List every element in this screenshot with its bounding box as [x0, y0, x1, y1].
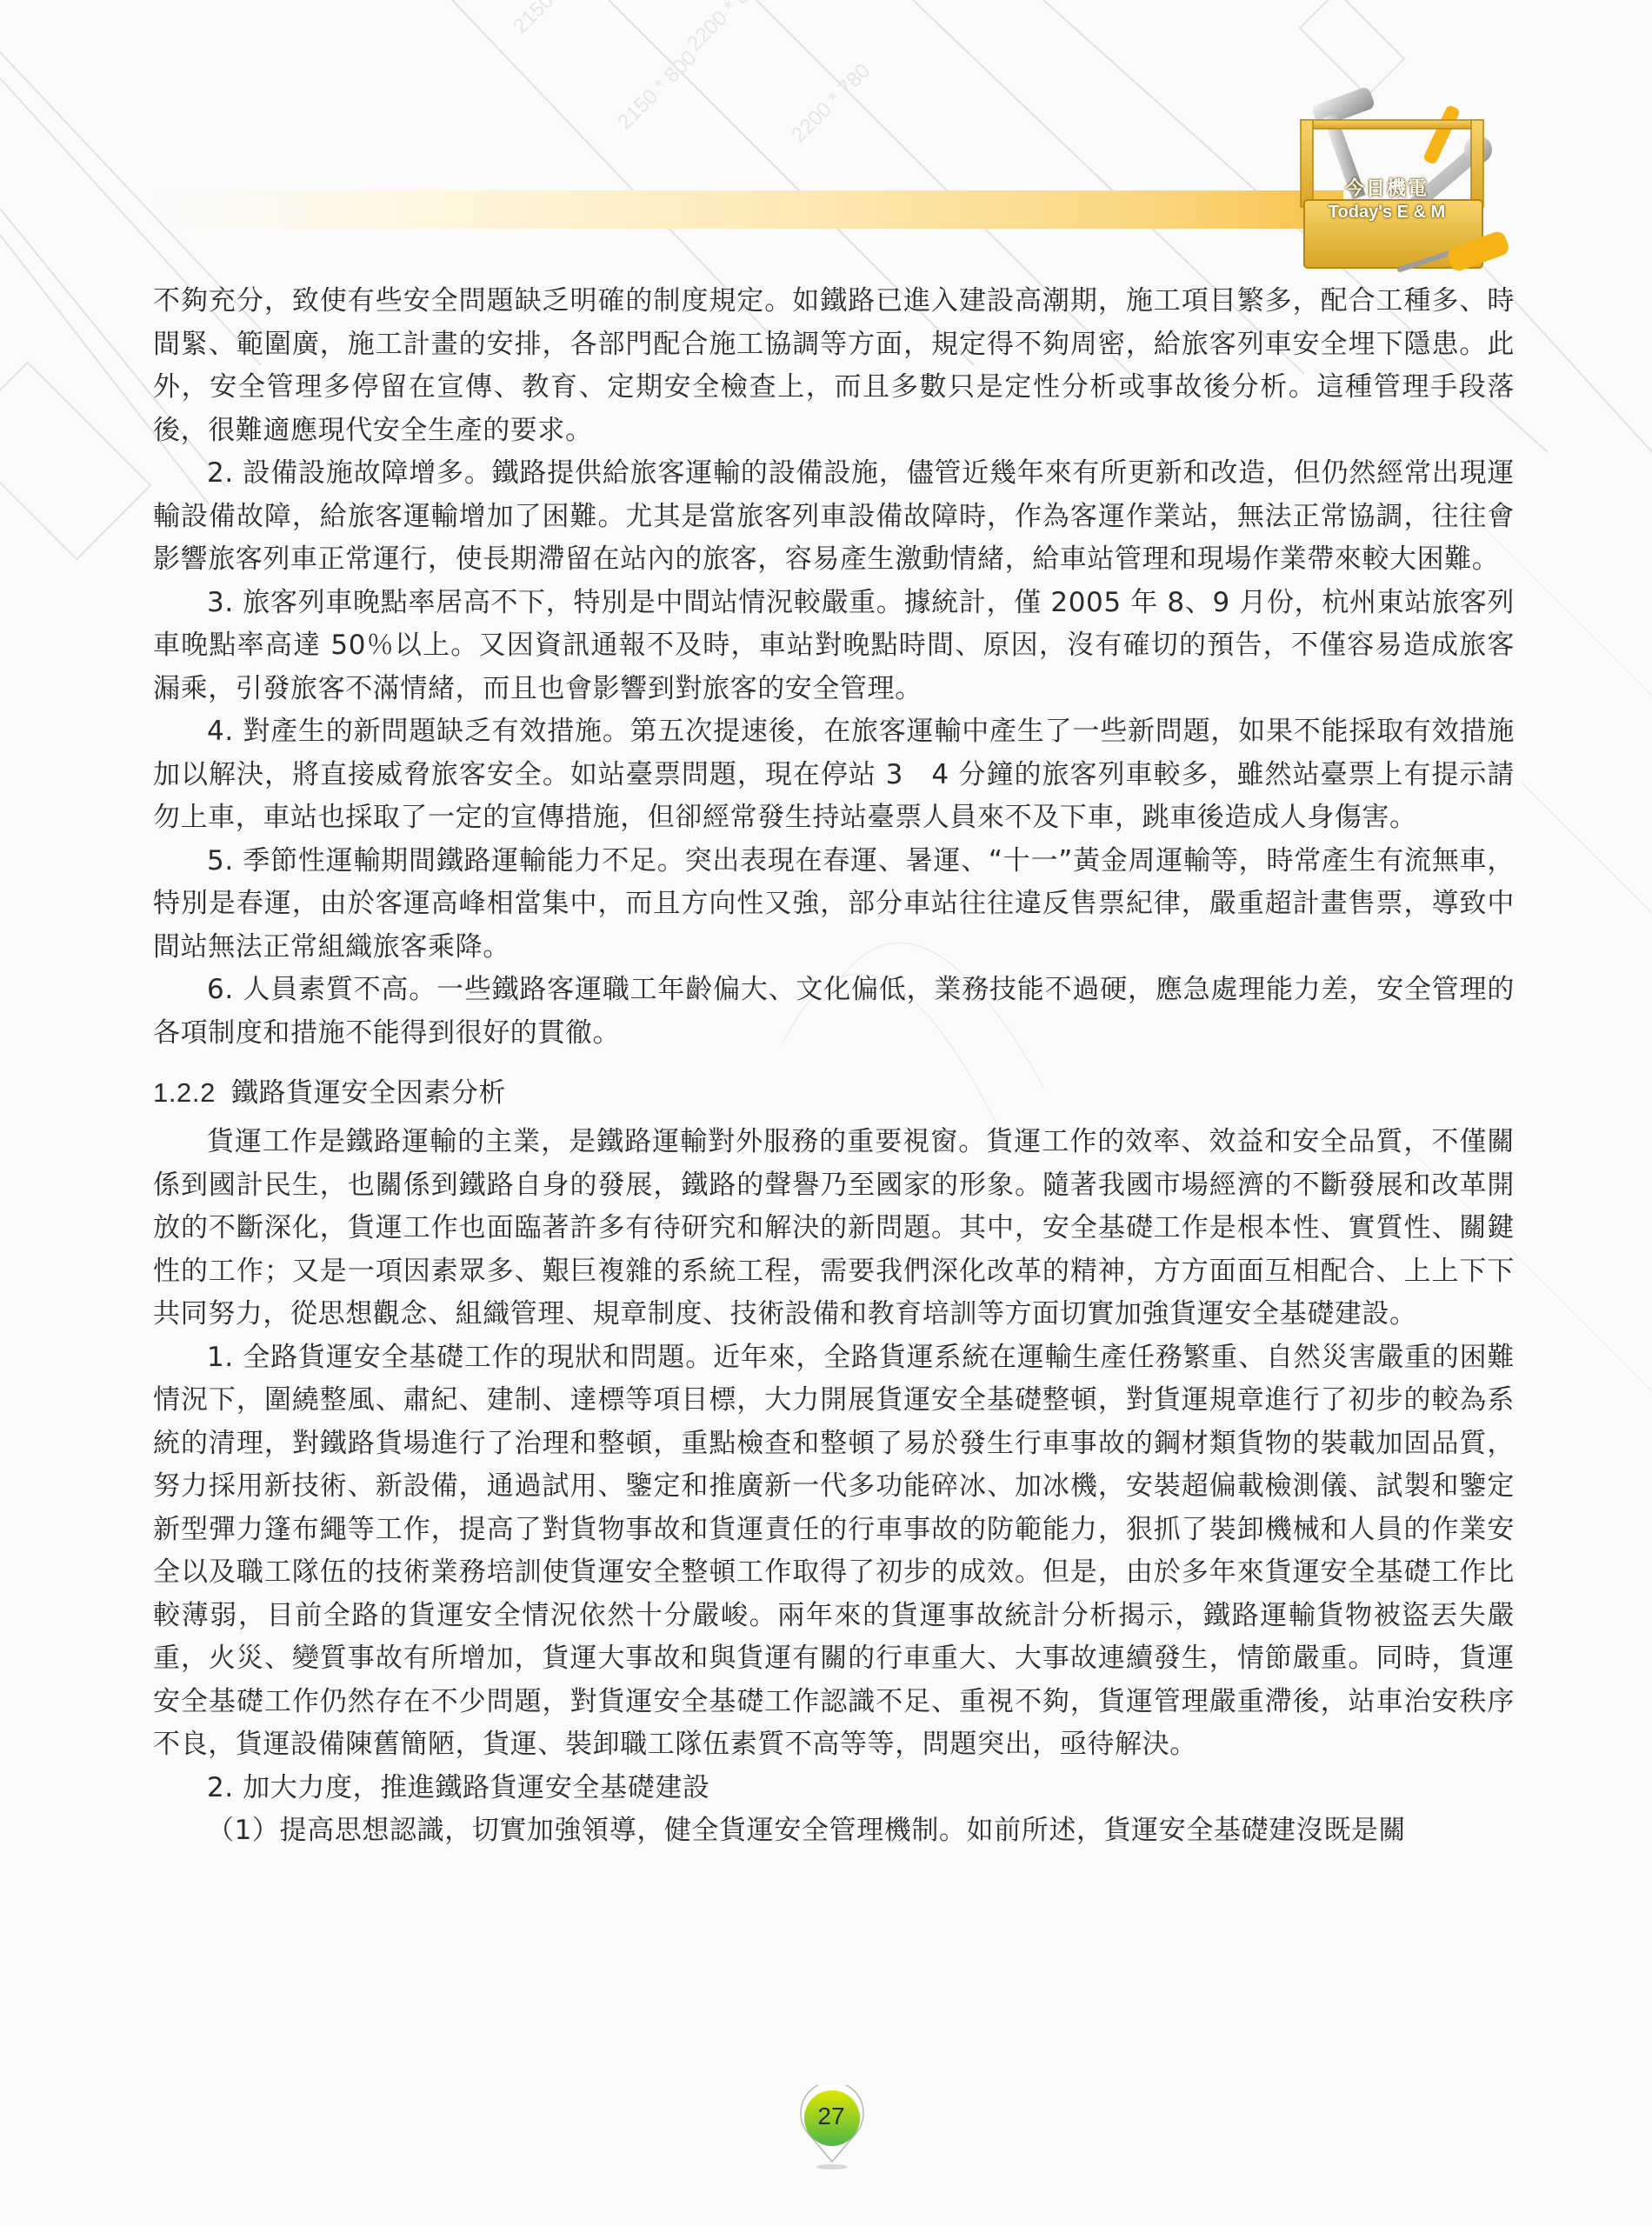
section-number: 1.2.2 — [153, 1077, 216, 1108]
paragraph: （1）提高思想認識，切實加強領導，健全貨運安全管理機制。如前所述，貨運安全基礎建… — [153, 1809, 1515, 1853]
subheading: 2. 加大力度，推進鐵路貨運安全基礎建設 — [153, 1767, 1515, 1810]
paragraph: 4. 對產生的新問題缺乏有效措施。第五次提速後，在旅客運輸中產生了一些新問題，如… — [153, 710, 1515, 840]
badge-title-zh: 今日機電 — [1313, 174, 1461, 201]
dimension-label: 2150 * 900 — [509, 0, 596, 38]
paragraph: 5. 季節性運輸期間鐵路運輸能力不足。突出表現在春運、暑運、“十一”黃金周運輸等… — [153, 840, 1515, 970]
paragraph: 6. 人員素質不高。一些鐵路客運職工年齡偏大、文化偏低，業務技能不過硬，應急處理… — [153, 969, 1515, 1055]
article-body: 不夠充分，致使有些安全問題缺乏明確的制度規定。如鐵路已進入建設高潮期，施工項目繁… — [153, 280, 1515, 1853]
dimension-label: 2200 * 780 — [787, 59, 875, 147]
paragraph: 1. 全路貨運安全基礎工作的現狀和問題。近年來，全路貨運系統在運輸生產任務繁重、… — [153, 1336, 1515, 1767]
paragraph: 2. 設備設施故障增多。鐵路提供給旅客運輸的設備設施，儘管近幾年來有所更新和改造… — [153, 452, 1515, 582]
page-number: 27 — [798, 2103, 864, 2130]
section-heading: 1.2.2鐵路貨運安全因素分析 — [153, 1070, 1515, 1116]
paragraph: 貨運工作是鐵路運輸的主業，是鐵路運輸對外服務的重要視窗。貨運工作的效率、效益和安… — [153, 1121, 1515, 1336]
section-title: 鐵路貨運安全因素分析 — [231, 1077, 506, 1109]
badge-title-en: Today's E & M — [1313, 203, 1461, 223]
dimension-label: 2150 * 800 — [613, 46, 701, 134]
badge-label: 今日機電 Today's E & M — [1313, 174, 1461, 223]
paragraph: 3. 旅客列車晚點率居高不下，特別是中間站情況較嚴重。據統計，僅 2005 年 … — [153, 582, 1515, 711]
header-gradient-bar — [143, 190, 1343, 229]
paragraph: 不夠充分，致使有些安全問題缺乏明確的制度規定。如鐵路已進入建設高潮期，施工項目繁… — [153, 280, 1515, 452]
dimension-label: 2200 * 860 — [683, 0, 770, 56]
